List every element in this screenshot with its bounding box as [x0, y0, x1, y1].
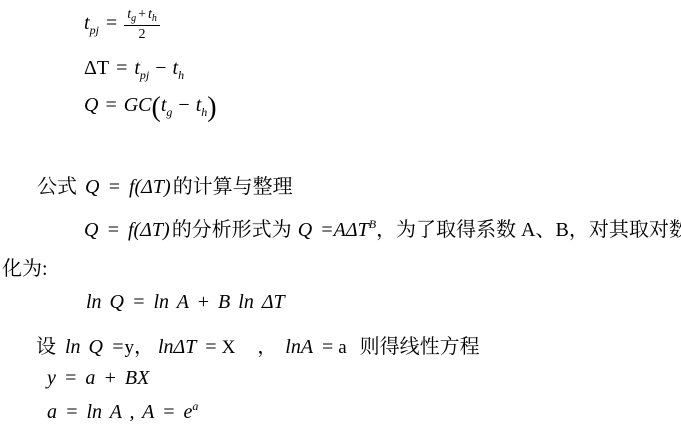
title-suffix-text: 的计算与整理: [173, 176, 293, 198]
left-paren: (: [152, 92, 161, 123]
math-a-lna: a = ln A , A = e: [47, 401, 192, 423]
var-GC: GC: [124, 94, 152, 116]
document-page: tpj= tg+th 2 ΔT=tpj−th Q=GC(tg−th) 公式Q =…: [0, 0, 681, 427]
minus-sign: −: [172, 94, 195, 116]
subscript-pj: pj: [90, 23, 99, 37]
superscript-a: a: [192, 399, 198, 413]
assume-prefix-text: 设: [36, 336, 56, 358]
equation-delta-t: ΔT=tpj−th: [84, 57, 184, 83]
var-X: X: [222, 337, 236, 358]
equation-tpj-lhs: tpj=: [84, 12, 124, 38]
fraction-numerator: tg+th: [124, 7, 160, 26]
subscript-h: h: [178, 68, 184, 82]
right-paren: ): [207, 92, 216, 123]
var-a: a: [338, 337, 346, 358]
paragraph-assume: 设ln Q =y，lnΔT =X，lnA =a则得线性方程: [36, 330, 480, 359]
math-lna-equals: lnA =: [285, 336, 334, 358]
math-lndt-equals: lnΔT =: [158, 336, 218, 358]
title-prefix-text: 公式: [37, 176, 77, 198]
math-linear: y = a + BX: [47, 367, 149, 389]
math-ln-expansion: ln Q = ln A + B ln ΔT: [86, 291, 285, 313]
fraction: tg+th 2: [124, 7, 160, 43]
math-q-adt: Q =AΔT: [298, 219, 369, 241]
math-q-f-dt: Q = f(ΔT): [84, 219, 170, 241]
assume-suffix-text: 则得线性方程: [360, 336, 480, 358]
math-q-f-dt: Q = f(ΔT): [85, 176, 171, 198]
huawei-text: 化为:: [2, 258, 48, 280]
plus-sign: +: [136, 7, 148, 22]
paragraph-huawei: 化为:: [2, 252, 48, 281]
math-lnq-equals: ln Q =: [65, 336, 125, 358]
equation-q-gc: Q=GC(tg−th): [84, 92, 217, 124]
minus-sign: −: [149, 57, 172, 79]
equation-ln: ln Q = ln A + B ln ΔT: [86, 291, 285, 314]
equals-sign: =: [109, 57, 134, 79]
equals-sign: =: [98, 94, 123, 116]
superscript-B: B: [369, 217, 376, 231]
equals-sign: =: [99, 12, 124, 34]
comma-1: ，: [134, 336, 154, 358]
equation-a: a = ln A , A = ea: [47, 399, 198, 424]
comma-2: ，: [257, 336, 277, 358]
var-Q: Q: [84, 94, 98, 116]
var-y: y: [125, 337, 135, 358]
paragraph-analysis: Q = f(ΔT)的分析形式为Q =AΔTB，为了取得系数 A、B，对其取对数，: [84, 213, 681, 242]
equation-tpj: tpj= tg+th 2: [84, 7, 160, 43]
subscript-pj: pj: [140, 68, 149, 82]
equation-linear: y = a + BX: [47, 367, 149, 390]
fraction-denominator: 2: [124, 26, 160, 43]
analysis-text-1: 的分析形式为: [172, 219, 292, 241]
subscript-h: h: [152, 13, 157, 24]
analysis-text-2: ，为了取得系数 A、B，对其取对数，: [376, 219, 681, 241]
paragraph-formula-title: 公式Q = f(ΔT)的计算与整理: [37, 170, 293, 199]
delta-T: ΔT: [84, 57, 109, 79]
